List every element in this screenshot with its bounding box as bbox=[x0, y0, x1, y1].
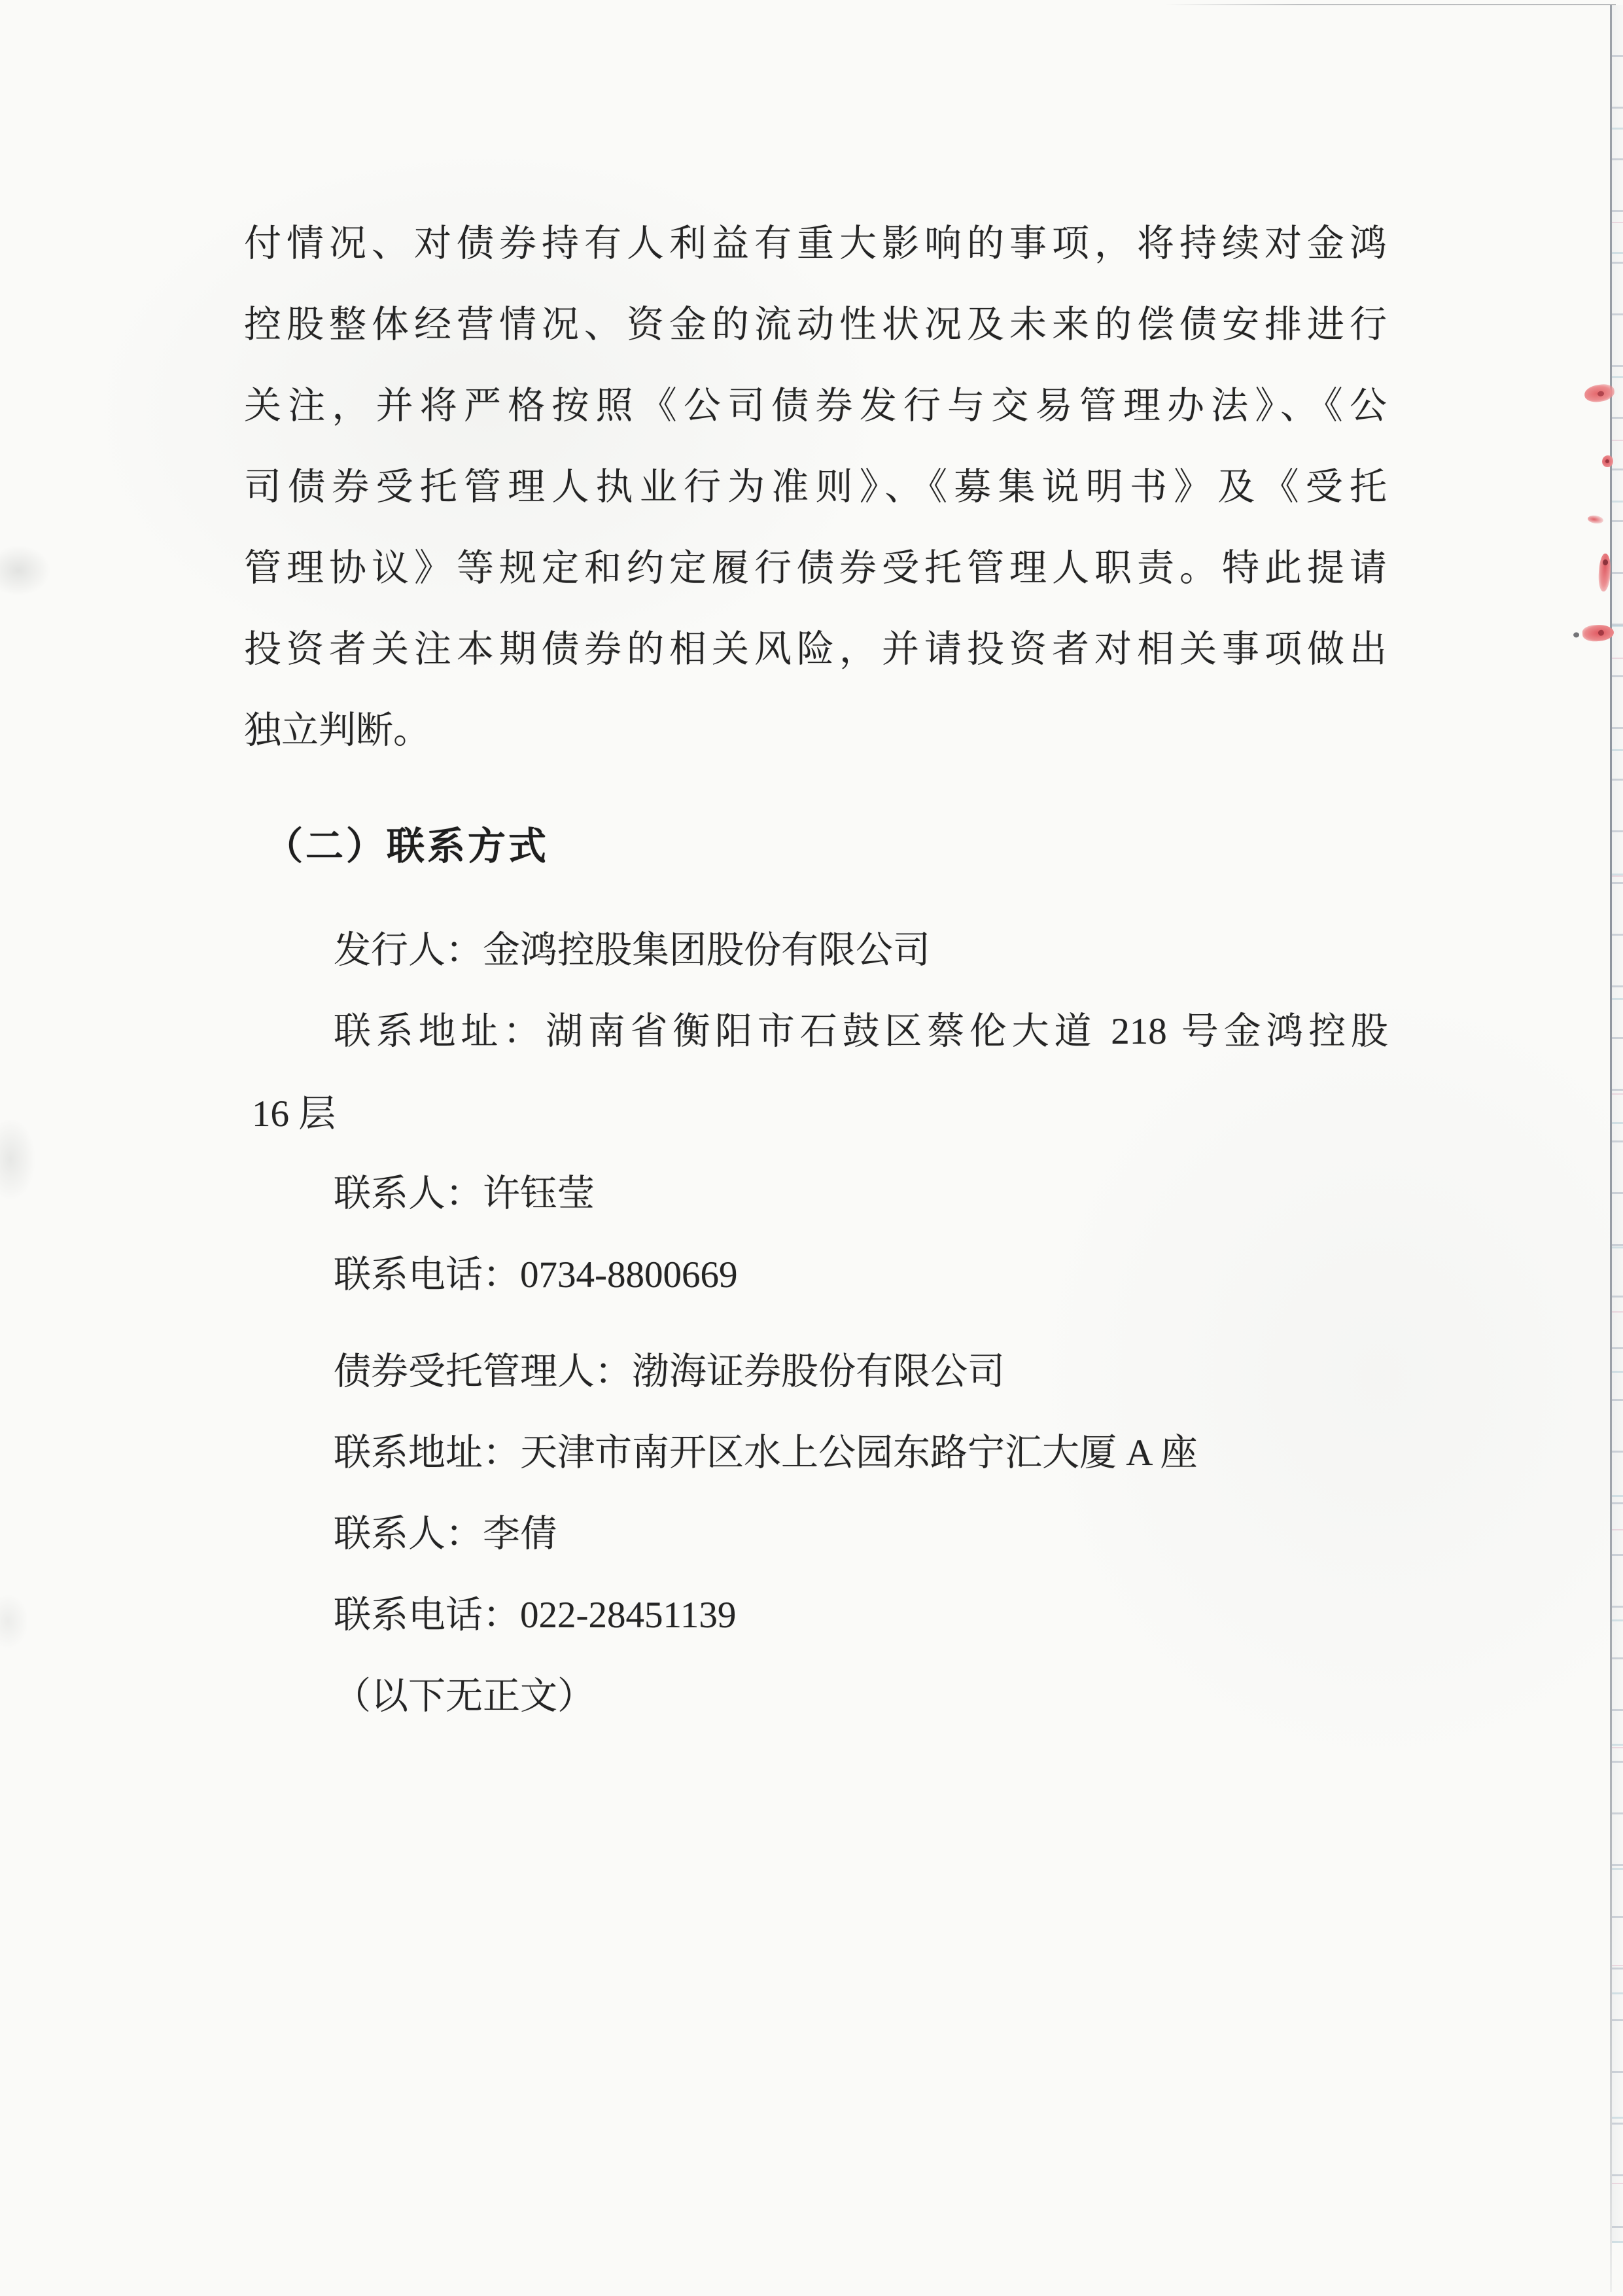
paragraph-line: 投资者关注本期债券的相关风险，并请投资者对相关事项做出 bbox=[244, 629, 1387, 673]
trustee-phone-line: 联系电话：022-28451139 bbox=[334, 1595, 736, 1636]
end-of-text-note: （以下无正文） bbox=[334, 1676, 595, 1717]
paragraph-line: 付情况、对债券持有人利益有重大影响的事项，将持续对金鸿 bbox=[244, 224, 1387, 267]
issuer-phone-line: 联系电话：0734-8800669 bbox=[334, 1255, 737, 1296]
scan-binding-edge-line bbox=[1610, 5, 1612, 2292]
red-ink-mark bbox=[1587, 514, 1603, 524]
paragraph-line: 司债券受托管理人执业行为准则》、《募集说明书》及《受托 bbox=[244, 467, 1387, 510]
trustee-contact-line: 联系人：李倩 bbox=[334, 1514, 557, 1555]
paragraph-line: 控股整体经营情况、资金的流动性状况及未来的偿债安排进行 bbox=[244, 305, 1387, 348]
section-heading: （二）联系方式 bbox=[265, 815, 549, 870]
issuer-address-continuation: 16 层 bbox=[252, 1094, 336, 1135]
trustee-address-line: 联系地址：天津市南开区水上公园东路宁汇大厦 A 座 bbox=[334, 1433, 1198, 1474]
scan-top-edge-shadow bbox=[1164, 4, 1616, 5]
red-ink-mark bbox=[1602, 455, 1613, 467]
issuer-contact-line: 联系人：许钰莹 bbox=[334, 1174, 595, 1214]
issuer-name-line: 发行人：金鸿控股集团股份有限公司 bbox=[334, 930, 930, 971]
trustee-name-line: 债券受托管理人：渤海证券股份有限公司 bbox=[334, 1352, 1005, 1392]
paragraph-line: 关注，并将严格按照《公司债券发行与交易管理办法》、《公 bbox=[244, 386, 1387, 429]
scan-edge-ruled-strip bbox=[1612, 5, 1623, 2243]
paragraph-line: 管理协议》等规定和约定履行债券受托管理人职责。特此提请 bbox=[244, 548, 1387, 592]
issuer-address-line: 联系地址：湖南省衡阳市石鼓区蔡伦大道 218 号金鸿控股 bbox=[334, 1012, 1388, 1055]
scanned-document-page: 付情况、对债券持有人利益有重大影响的事项，将持续对金鸿 控股整体经营情况、资金的… bbox=[0, 0, 1623, 2296]
paragraph-line: 独立判断。 bbox=[244, 711, 430, 751]
